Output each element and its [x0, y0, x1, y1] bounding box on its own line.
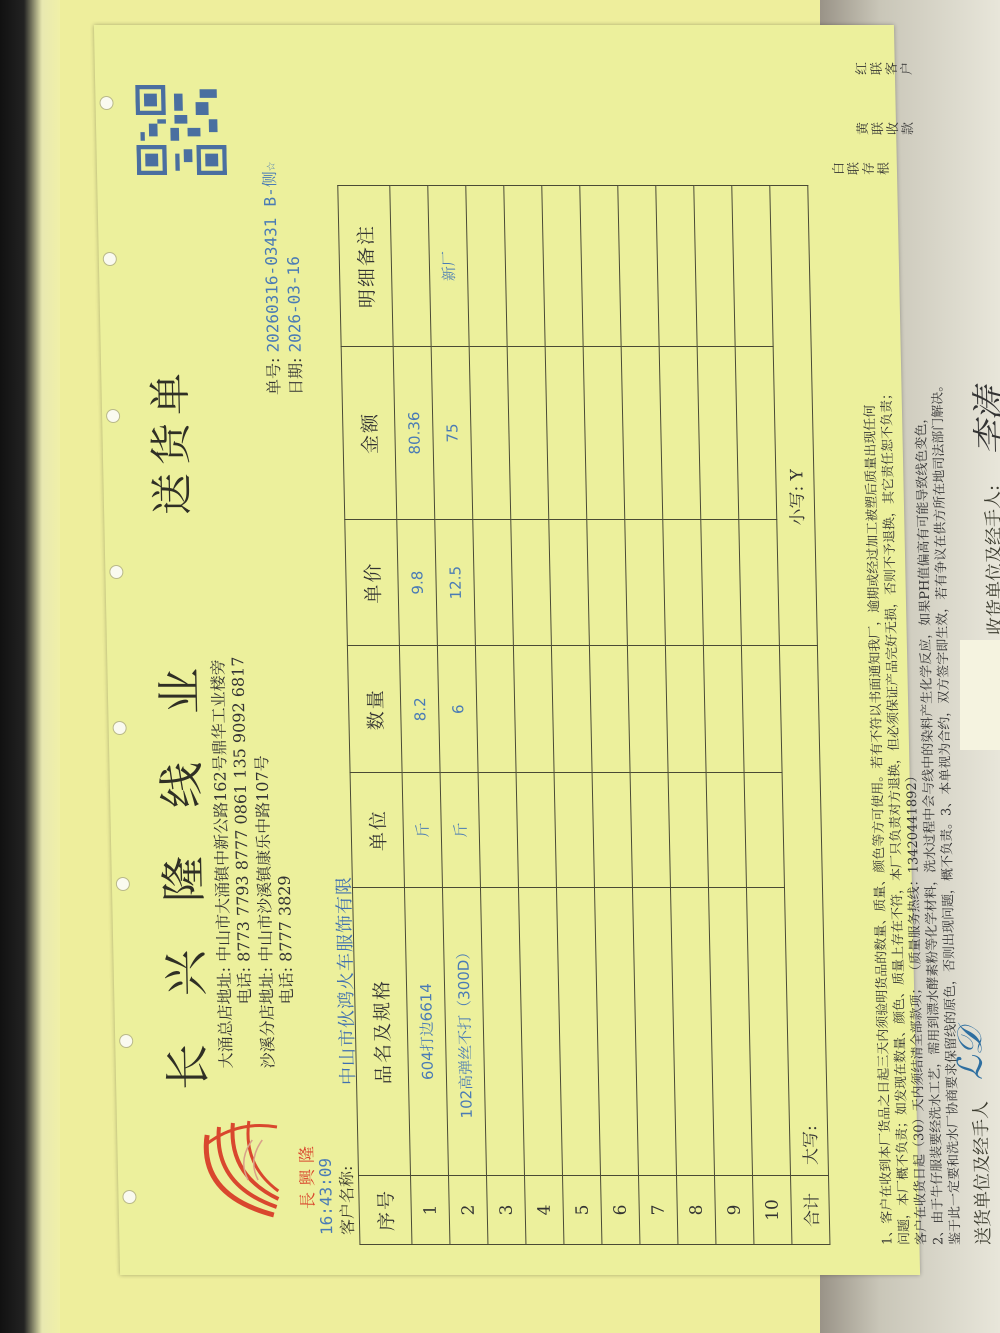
col-header-price: 单价 — [345, 519, 400, 646]
qr-code-icon[interactable] — [135, 85, 227, 175]
branch-phone: 8777 3829 — [275, 875, 296, 962]
company-logo-icon — [177, 1115, 300, 1235]
row-item: 604打边6614 — [404, 888, 448, 1176]
items-table: 序号 品名及规格 单位 数量 单价 金额 明细备注 1604打边6614斤8.2… — [337, 185, 830, 1245]
row-unit: 斤 — [402, 773, 442, 888]
col-header-unit: 单位 — [350, 773, 404, 888]
row-no: 3 — [487, 1175, 526, 1244]
total-label: 合计 — [791, 1175, 830, 1244]
receiver-signature-label: 收货单位及经手人: — [979, 485, 1000, 635]
sender-signature-label: 送货单位及经手人 — [966, 1101, 995, 1245]
terms-and-conditions: 1、客户在收到本厂货品之日起三天内须验明货品的数量、质量、颜色等方可使用。若有不… — [855, 95, 964, 1245]
order-number-label: 单号: — [264, 358, 284, 395]
date-value: 2026-03-16 — [284, 256, 305, 352]
order-number: 20260316-03431 — [261, 218, 283, 353]
col-header-amount: 金额 — [341, 347, 397, 520]
receiver-signature: 李涛 — [961, 387, 1000, 455]
delivery-note: 長興隆 长兴隆线业 送货单 大涌总店地址: 中山市大涌镇中新公路162号鼎华工业… — [94, 25, 920, 1275]
col-header-no: 序号 — [359, 1175, 412, 1244]
col-header-qty: 数量 — [347, 646, 402, 773]
row-qty: 6 — [437, 646, 478, 773]
branch-phone-label: 电话: — [274, 967, 299, 1085]
row-note: 新厂 — [428, 186, 469, 347]
row-unit: 斤 — [440, 773, 480, 888]
row-no: 6 — [601, 1175, 640, 1244]
document-title: 送货单 — [137, 365, 200, 515]
row-no: 1 — [411, 1175, 450, 1244]
row-amount: 75 — [431, 347, 473, 520]
row-price: 12.5 — [435, 519, 476, 646]
row-no: 7 — [639, 1175, 678, 1244]
date-label: 日期: — [286, 358, 306, 395]
row-amount: 80.36 — [393, 347, 435, 520]
customer-label: 客户名称: — [334, 1166, 358, 1235]
row-no: 8 — [677, 1175, 716, 1244]
sender-signature: ℒ𝒟 — [950, 1028, 991, 1080]
logo-text: 長興隆 — [292, 1140, 318, 1209]
sprocket-holes-top — [98, 25, 146, 1275]
row-no: 4 — [525, 1175, 564, 1244]
total-upper-label: 大写: — [801, 1125, 822, 1165]
row-no: 9 — [715, 1175, 754, 1244]
date-line: 日期: 2026-03-16 — [281, 256, 307, 395]
col-header-item: 品名及规格 — [352, 888, 410, 1176]
row-no: 2 — [449, 1175, 488, 1244]
row-no: 10 — [753, 1175, 792, 1244]
copy-label-red: 红联客户 — [855, 61, 915, 75]
row-note — [390, 186, 431, 347]
row-item: 102高弹丝不打（300D） — [442, 888, 486, 1176]
row-no: 5 — [563, 1175, 602, 1244]
branch-phone-line: 电话: 8777 3829 — [272, 875, 299, 1085]
row-price: 9.8 — [397, 519, 438, 646]
order-mark: B-侧☆ — [260, 162, 280, 207]
col-header-note: 明细备注 — [338, 186, 393, 347]
row-qty: 8.2 — [399, 646, 440, 773]
